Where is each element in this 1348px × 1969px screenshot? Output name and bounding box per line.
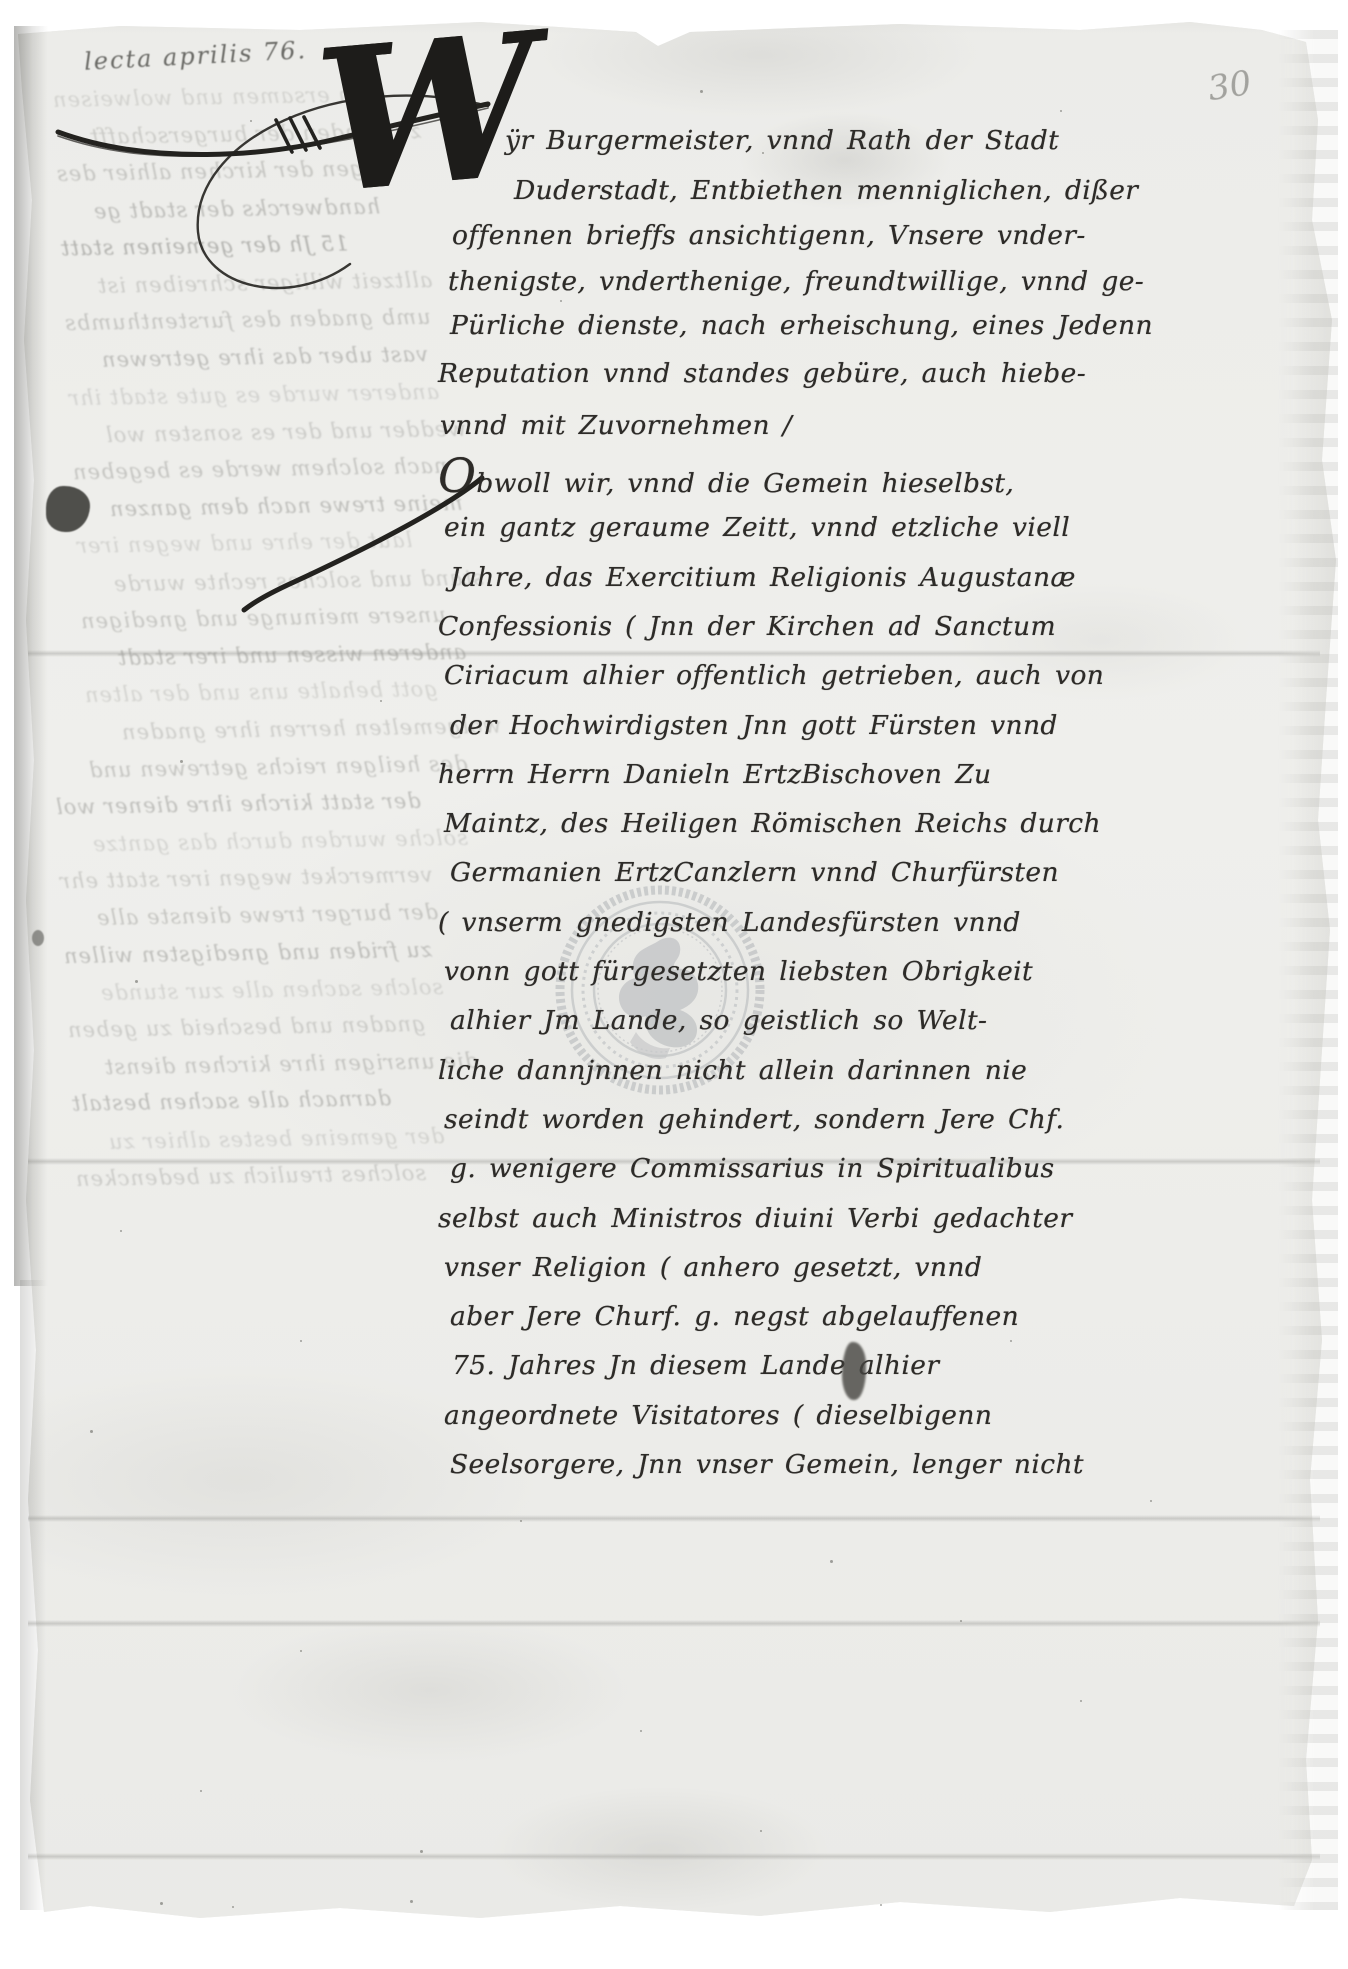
manuscript-line: vnnd mit Zuvornehmen / (440, 410, 792, 441)
manuscript-line: der Hochwirdigsten Jnn gott Fürsten vnnd (450, 710, 1058, 741)
manuscript-line: aber Jere Churf. g. negst abgelauffenen (450, 1301, 1019, 1332)
manuscript-line: Germanien ErtzCanzlern vnnd Churfürsten (450, 857, 1059, 888)
manuscript-line: Ciriacum alhier offentlich getrieben, au… (444, 660, 1104, 691)
manuscript-line: Seelsorgere, Jnn vnser Gemein, lenger ni… (450, 1449, 1084, 1480)
manuscript-line: Confessionis ( Jnn der Kirchen ad Sanctu… (438, 611, 1056, 642)
manuscript-line: Jahre, das Exercitium Religionis Augusta… (450, 562, 1076, 593)
manuscript-line: ein gantz geraume Zeitt, vnnd etzliche v… (444, 512, 1070, 543)
manuscript-line: liche dannjnnen nicht allein darinnen ni… (438, 1055, 1027, 1086)
paper-speck (90, 1430, 93, 1433)
manuscript-line: Duderstadt, Entbiethen menniglichen, diß… (514, 175, 1138, 206)
manuscript-line: thenigste, vnderthenige, freundtwillige,… (448, 266, 1144, 297)
left-fold-shadow-lower (20, 1280, 46, 1910)
manuscript-line: Maintz, des Heiligen Römischen Reichs du… (444, 808, 1101, 839)
manuscript-line: offennen brieffs ansichtigenn, Vnsere vn… (452, 220, 1086, 251)
paper-speck (410, 1900, 413, 1903)
manuscript-line: seindt worden gehindert, sondern Jere Ch… (444, 1104, 1064, 1135)
manuscript-line: g. wenigere Commissarius in Spiritualibu… (450, 1153, 1055, 1184)
paper-speck (1060, 110, 1062, 112)
manuscript-line: Pürliche dienste, nach erheischung, eine… (450, 310, 1153, 341)
manuscript-line: angeordnete Visitatores ( dieselbigenn (444, 1400, 992, 1431)
manuscript-line: Reputation vnnd standes gebüre, auch hie… (438, 358, 1086, 389)
manuscript-line: ÿr Burgermeister, vnnd Rath der Stadt (505, 125, 1059, 156)
fold-crease (28, 1620, 1320, 1627)
paper-speck (1080, 1700, 1082, 1702)
paper-speck (760, 1830, 762, 1832)
paper-speck (520, 1520, 522, 1522)
paper-speck (420, 1850, 423, 1853)
fold-crease (28, 1853, 1320, 1860)
manuscript-line: vnser Religion ( anhero gesetzt, vnnd (444, 1252, 982, 1283)
ink-spot-icon (32, 930, 44, 946)
paper-speck (300, 1650, 302, 1652)
paper-speck (880, 1904, 882, 1906)
paper-speck (300, 1340, 302, 1342)
paper-speck (1150, 1500, 1152, 1502)
paper-speck (640, 1730, 642, 1732)
ink-smudge-icon (842, 1342, 866, 1400)
paper-speck (1010, 1340, 1012, 1342)
paper-speck (160, 1902, 163, 1905)
paper-speck (960, 1620, 962, 1622)
paper-speck (232, 1906, 234, 1908)
manuscript-line: 75. Jahres Jn diesem Lande alhier (452, 1350, 939, 1381)
paper-speck (830, 1560, 833, 1563)
folio-page-number: 30 (1205, 63, 1254, 109)
manuscript-scan: dem ersamen und wolweisenzu handen der b… (0, 0, 1348, 1969)
manuscript-line: Obwoll wir, vnnd die Gemein hieselbst, (438, 463, 1014, 499)
paper-speck (120, 1230, 122, 1232)
manuscript-line: alhier Jm Lande, so geistlich so Welt- (450, 1005, 987, 1036)
initial-letter-W: W (310, 7, 546, 221)
paper-speck (200, 1790, 202, 1792)
manuscript-line: herrn Herrn Danieln ErtzBischoven Zu (438, 759, 992, 790)
deckle-edge-texture (1278, 30, 1338, 1910)
manuscript-line: ( vnserm gnedigsten Landesfürsten vnnd (438, 907, 1021, 938)
fold-crease (28, 1515, 1320, 1522)
manuscript-line: vonn gott fürgesetzten liebsten Obrigkei… (444, 956, 1033, 987)
manuscript-line: selbst auch Ministros diuini Verbi gedac… (438, 1203, 1072, 1234)
paper-speck (700, 90, 703, 93)
paper-speck (560, 300, 562, 302)
